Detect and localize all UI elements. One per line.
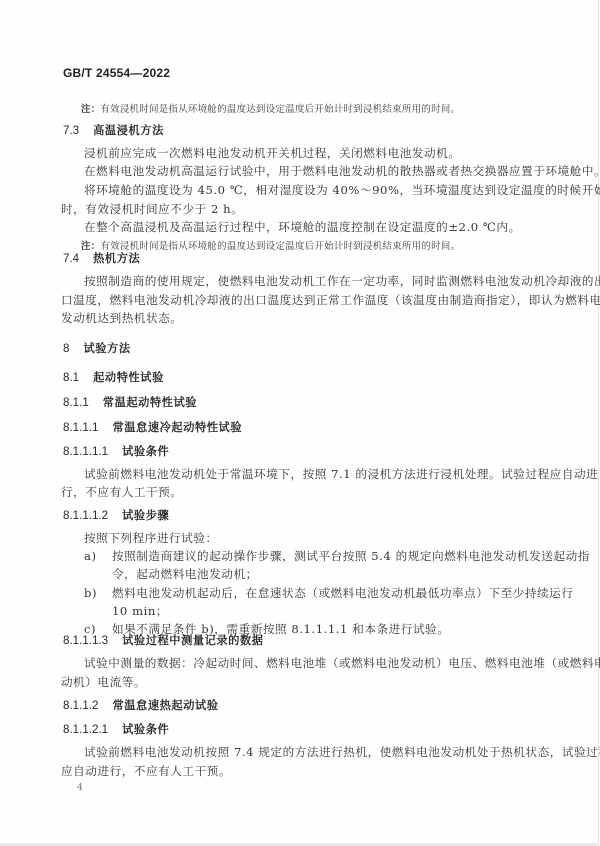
section-heading-8: 8试验方法 — [63, 340, 131, 356]
paragraph-line: 动机）电流等。 — [61, 674, 146, 690]
paragraph-line: 发动机达到热机状态。 — [61, 310, 182, 326]
list-item-b: b)燃料电池发动机起动后，在怠速状态（或燃料电池发动机最低功率点）下至少持续运行 — [84, 585, 573, 601]
paragraph-line: 将环境舱的温度设为 45.0 ℃，相对湿度设为 40%～90%，当环境温度达到设… — [84, 182, 600, 198]
page-number: 4 — [77, 783, 83, 793]
section-heading-8-1-1-1-3: 8.1.1.1.3试验过程中测量记录的数据 — [63, 632, 264, 648]
standard-header: GB/T 24554—2022 — [63, 66, 170, 80]
paragraph-line: 试验中测量的数据：冷起动时间、燃料电池堆（或燃料电池发动机）电压、燃料电池堆（或… — [84, 655, 600, 671]
paragraph-line: 在整个高温浸机及高温运行过程中，环境舱的温度控制在设定温度的±2.0 ℃内。 — [84, 219, 521, 235]
list-item-a-cont: 令，起动燃料电池发动机； — [112, 566, 258, 582]
paragraph-line: 行，不应有人工干预。 — [61, 484, 182, 500]
section-heading-8-1-1-1-2: 8.1.1.1.2试验步骤 — [63, 507, 169, 523]
section-heading-8-1-1-1: 8.1.1.1常温怠速冷起动特性试验 — [63, 419, 242, 435]
paragraph-line: 时，有效浸机时间应不少于 2 h。 — [61, 201, 243, 217]
paragraph-line: 应自动进行，不应有人工干预。 — [61, 763, 231, 779]
paragraph-line: 在燃料电池发动机高温运行试验中，用于燃料电池发动机的散热器或者热交换器应置于环境… — [84, 163, 600, 179]
document-page: GB/T 24554—2022 注：有效浸机时间是指从环境舱的温度达到设定温度后… — [0, 0, 599, 846]
paragraph-line: 试验前燃料电池发动机处于常温环境下，按照 7.1 的浸机方法进行浸机处理。试验过… — [84, 466, 598, 482]
paragraph-line: 口温度，燃料电池发动机冷却液的出口温度达到正常工作温度（该温度由制造商指定），即… — [61, 292, 600, 308]
section-heading-8-1-1-1-1: 8.1.1.1.1试验条件 — [63, 443, 169, 459]
section-heading-7-4: 7.4热机方法 — [63, 250, 140, 266]
paragraph-line: 按照制造商的使用规定，使燃料电池发动机工作在一定功率，同时监测燃料电池发动机冷却… — [84, 273, 600, 289]
section-heading-8-1-1: 8.1.1常温起动特性试验 — [63, 394, 197, 410]
list-item-a: a)按照制造商建议的起动操作步骤，测试平台按照 5.4 的规定向燃料电池发动机发… — [84, 548, 590, 564]
section-heading-8-1-1-2: 8.1.1.2常温怠速热起动试验 — [63, 697, 219, 713]
note-top: 注：有效浸机时间是指从环境舱的温度达到设定温度后开始计时到浸机结束所用的时间。 — [81, 101, 460, 115]
list-item-b-cont: 10 min； — [112, 603, 168, 619]
section-heading-7-3: 7.3高温浸机方法 — [63, 122, 164, 138]
section-heading-8-1: 8.1起动特性试验 — [63, 369, 164, 385]
section-heading-8-1-1-2-1: 8.1.1.2.1试验条件 — [63, 721, 169, 737]
paragraph-line: 浸机前应完成一次燃料电池发动机开关机过程，关闭燃料电池发动机。 — [84, 145, 460, 161]
paragraph-line: 试验前燃料电池发动机按照 7.4 规定的方法进行热机，使燃料电池发动机处于热机状… — [84, 744, 600, 760]
list-intro: 按照下列程序进行试验： — [84, 530, 218, 546]
